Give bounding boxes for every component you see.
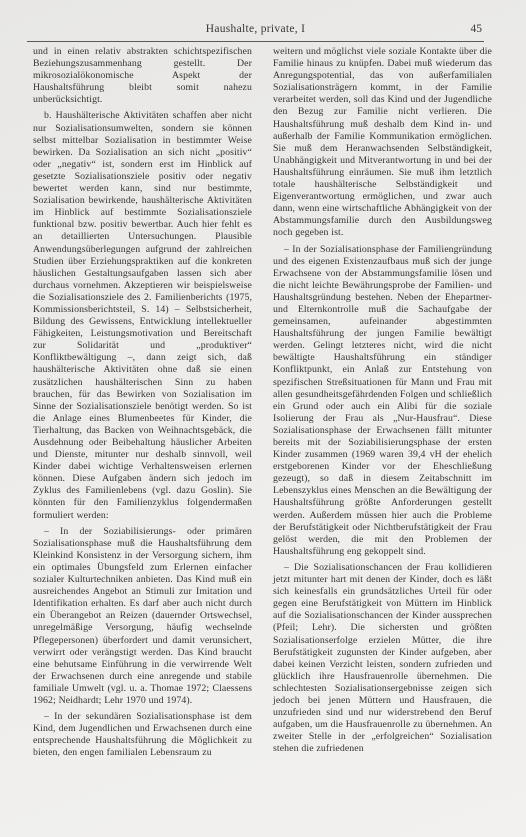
page-header: Haushalte, private, I 45 (27, 22, 484, 42)
paragraph: und in einen relativ abstrakten schichts… (33, 46, 252, 106)
book-page: Haushalte, private, I 45 und in einen re… (0, 0, 526, 837)
text-columns: und in einen relativ abstrakten schichts… (33, 46, 492, 759)
paragraph: weitern und möglichst viele soziale Kont… (273, 46, 492, 240)
paragraph: – In der sekundären Sozialisationsphase … (33, 711, 252, 759)
paragraph: – Die Sozialisationschancen der Frau kol… (273, 562, 492, 756)
running-title: Haushalte, private, I (27, 23, 484, 35)
paragraph: b. Haushälterische Aktivitäten schaffen … (33, 110, 252, 521)
text-column-right: weitern und möglichst viele soziale Kont… (273, 46, 492, 759)
page-number: 45 (471, 23, 483, 35)
paragraph: – In der Sozialisationsphase der Familie… (273, 244, 492, 558)
paragraph: – In der Soziabilisierungs- oder primäre… (33, 526, 252, 707)
text-column-left: und in einen relativ abstrakten schichts… (33, 46, 252, 759)
